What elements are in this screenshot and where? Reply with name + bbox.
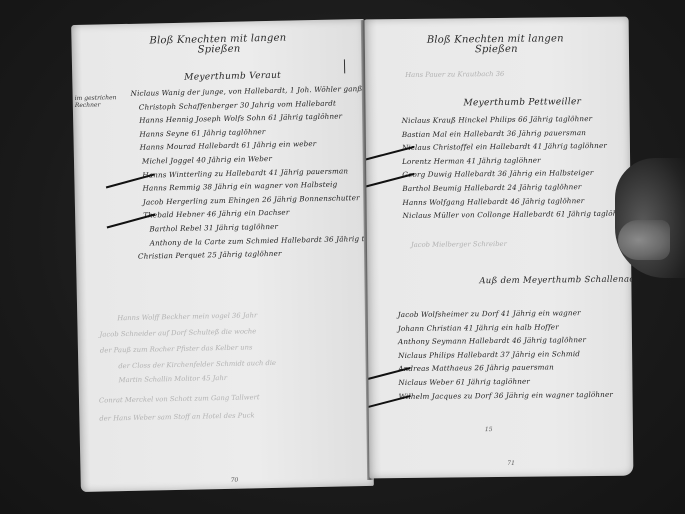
faded-bleedthrough-line: Jacob Schneider auf Dorf Schulteß die wo… bbox=[100, 327, 257, 338]
right-section1-heading: Meyerthumb Pettweiller bbox=[463, 97, 581, 108]
left-entry-list: Niclaus Wanig der junge, von Hallebardt,… bbox=[131, 84, 374, 266]
folio-number: 70 bbox=[231, 477, 239, 484]
right-page: Bloß Knechten mit langen Spießen Hans Pa… bbox=[365, 17, 634, 479]
faded-bleedthrough-line: Conrat Merckel von Schott zum Gang Tallw… bbox=[99, 393, 260, 404]
right-section2-list: Jacob Wolfsheimer zu Dorf 41 Jährig ein … bbox=[398, 309, 613, 406]
open-register-book: Bloß Knechten mit langen Spießen Meyerth… bbox=[0, 0, 685, 514]
left-margin-note: im gestrichen Rechner bbox=[75, 94, 127, 109]
faded-bleedthrough-line: Hanns Wolff Beckher mein vogel 36 Jahr bbox=[117, 311, 257, 322]
faded-bleedthrough-line: der Pauß zum Rocher Pfister das Kelber u… bbox=[100, 343, 253, 354]
faded-bleedthrough-line: Hans Pauer zu Krautbach 36 bbox=[405, 70, 504, 79]
left-page: Bloß Knechten mit langen Spießen Meyerth… bbox=[71, 19, 374, 492]
faded-bleedthrough-line: Jacob Mielberger Schreiber bbox=[411, 240, 507, 249]
thumb bbox=[618, 220, 670, 260]
tick-mark bbox=[344, 59, 345, 73]
left-section-heading: Meyerthumb Veraut bbox=[184, 71, 281, 83]
list-item: Niclaus Müller von Collonge Hallebardt 6… bbox=[403, 210, 631, 226]
folio-number: 71 bbox=[507, 460, 515, 467]
right-title-line2: Spießen bbox=[475, 43, 564, 55]
left-page-title: Bloß Knechten mit langen Spießen bbox=[149, 33, 286, 57]
list-item-struck: Wilhelm Jacques zu Dorf 36 Jährig ein wa… bbox=[399, 390, 614, 406]
list-item: Christian Perquet 25 Jährig taglöhner bbox=[138, 247, 374, 266]
faded-bleedthrough-line: der Hans Weber sam Stoff an Hotel des Pu… bbox=[99, 411, 254, 422]
right-section1-list: Niclaus Krauß Hinckel Philips 66 Jährig … bbox=[402, 115, 631, 226]
faded-bleedthrough-line: der Closs der Kirchenfelder Schmidt auch… bbox=[118, 359, 276, 370]
right-section2-heading: Auß dem Meyerthumb Schallenach bbox=[479, 275, 633, 287]
right-page-title: Bloß Knechten mit langen Spießen bbox=[427, 33, 564, 55]
faded-bleedthrough-line: Martin Schallin Molitor 45 Jahr bbox=[119, 374, 228, 384]
page-number: 15 bbox=[485, 426, 493, 433]
